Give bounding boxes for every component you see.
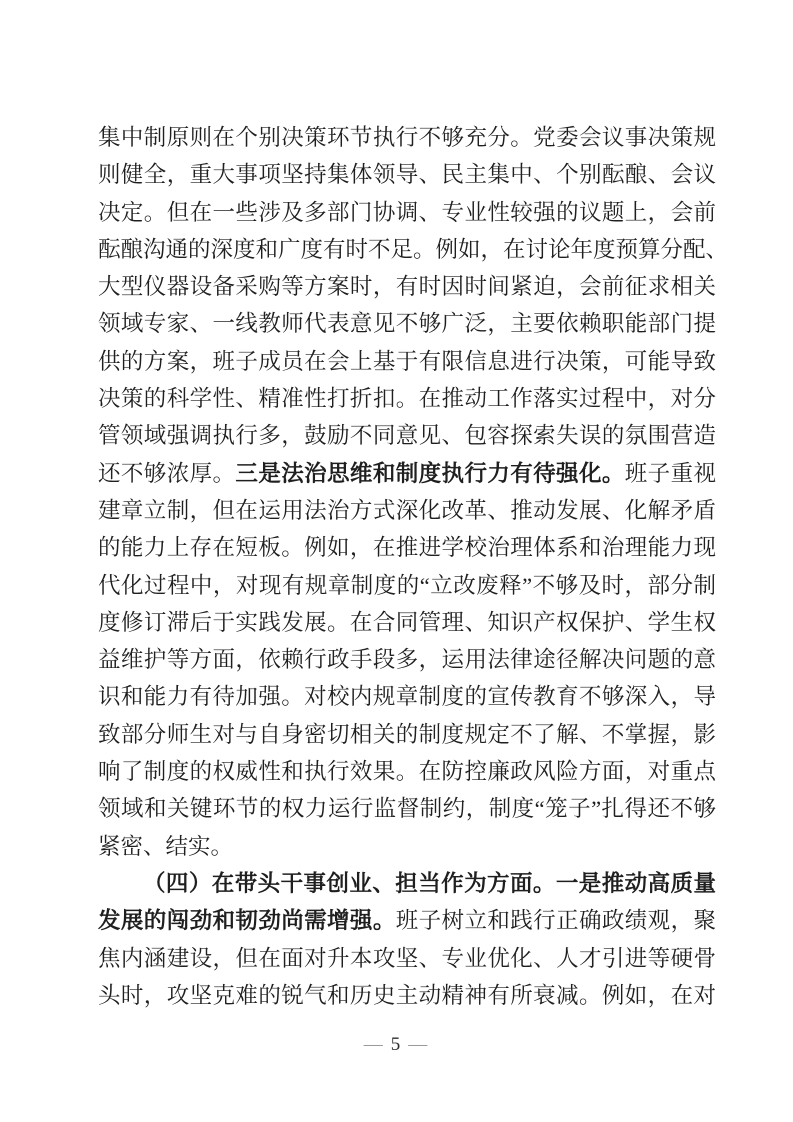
text-segment: 的能力上存在短板。例如，在推进学校治理体系和治理能力现 — [98, 535, 716, 560]
text-line: 度修订滞后于实践发展。在合同管理、知识产权保护、学生权 — [98, 604, 716, 641]
text-line: 的能力上存在短板。例如，在推进学校治理体系和治理能力现 — [98, 529, 716, 566]
bold-text-segment: （四）在带头干事创业、担当作为方面。一是推动高质量 — [143, 871, 716, 896]
text-segment: 供的方案，班子成员在会上基于有限信息进行决策，可能导致 — [98, 349, 716, 374]
page-number-left-dash: — — [364, 1034, 385, 1055]
text-segment: 识和能力有待加强。对校内规章制度的宣传教育不够深入，导 — [98, 684, 716, 709]
text-line: 焦内涵建设，但在面对升本攻坚、专业优化、人才引进等硬骨 — [98, 940, 716, 977]
text-line: 识和能力有待加强。对校内规章制度的宣传教育不够深入，导 — [98, 678, 716, 715]
text-segment: 领域和关键环节的权力运行监督制约，制度“笼子”扎得还不够 — [98, 796, 716, 821]
text-block: 集中制原则在个别决策环节执行不够充分。党委会议事决策规则健全，重大事项坚持集体领… — [98, 119, 716, 1014]
text-line: 酝酿沟通的深度和广度有时不足。例如，在讨论年度预算分配、 — [98, 231, 716, 268]
text-segment: 决定。但在一些涉及多部门协调、专业性较强的议题上，会前 — [98, 200, 716, 225]
text-line: 决策的科学性、精准性打折扣。在推动工作落实过程中，对分 — [98, 380, 716, 417]
text-segment: 度修订滞后于实践发展。在合同管理、知识产权保护、学生权 — [98, 610, 716, 635]
text-line: 头时，攻坚克难的锐气和历史主动精神有所衰减。例如，在对 — [98, 977, 716, 1014]
text-segment: 响了制度的权威性和执行效果。在防控廉政风险方面，对重点 — [98, 759, 716, 784]
text-line: 领域专家、一线教师代表意见不够广泛，主要依赖职能部门提 — [98, 305, 716, 342]
text-line: 紧密、结实。 — [98, 828, 716, 865]
text-line: 集中制原则在个别决策环节执行不够充分。党委会议事决策规 — [98, 119, 716, 156]
bold-text-segment: 三是法治思维和制度执行力有待强化。 — [235, 461, 624, 486]
text-segment: 紧密、结实。 — [98, 834, 233, 859]
text-line: 代化过程中，对现有规章制度的“立改废释”不够及时，部分制 — [98, 567, 716, 604]
text-segment: 益维护等方面，依赖行政手段多，运用法律途径解决问题的意 — [98, 647, 716, 672]
text-line: 还不够浓厚。三是法治思维和制度执行力有待强化。班子重视 — [98, 455, 716, 492]
text-segment: 头时，攻坚克难的锐气和历史主动精神有所衰减。例如，在对 — [98, 983, 716, 1008]
text-line: 发展的闯劲和韧劲尚需增强。班子树立和践行正确政绩观，聚 — [98, 902, 716, 939]
text-segment: 致部分师生对与自身密切相关的制度规定不了解、不掌握，影 — [98, 722, 716, 747]
text-line: （四）在带头干事创业、担当作为方面。一是推动高质量 — [98, 865, 716, 902]
text-line: 致部分师生对与自身密切相关的制度规定不了解、不掌握，影 — [98, 716, 716, 753]
text-line: 供的方案，班子成员在会上基于有限信息进行决策，可能导致 — [98, 343, 716, 380]
text-segment: 焦内涵建设，但在面对升本攻坚、专业优化、人才引进等硬骨 — [98, 946, 716, 971]
text-segment: 则健全，重大事项坚持集体领导、民主集中、个别酝酿、会议 — [98, 162, 716, 187]
text-segment: 领域专家、一线教师代表意见不够广泛，主要依赖职能部门提 — [98, 311, 716, 336]
text-line: 大型仪器设备采购等方案时，有时因时间紧迫，会前征求相关 — [98, 268, 716, 305]
page-number-value: 5 — [385, 1034, 409, 1055]
text-segment: 班子重视 — [625, 461, 716, 486]
text-segment: 代化过程中，对现有规章制度的“立改废释”不够及时，部分制 — [98, 573, 716, 598]
text-line: 益维护等方面，依赖行政手段多，运用法律途径解决问题的意 — [98, 641, 716, 678]
document-page: 集中制原则在个别决策环节执行不够充分。党委会议事决策规则健全，重大事项坚持集体领… — [0, 0, 793, 1122]
text-segment: 建章立制，但在运用法治方式深化改革、推动发展、化解矛盾 — [98, 498, 716, 523]
text-line: 领域和关键环节的权力运行监督制约，制度“笼子”扎得还不够 — [98, 790, 716, 827]
page-number: —5— — [0, 1032, 793, 1058]
text-segment: 管领域强调执行多，鼓励不同意见、包容探索失误的氛围营造 — [98, 423, 716, 448]
text-segment: 集中制原则在个别决策环节执行不够充分。党委会议事决策规 — [98, 125, 716, 150]
text-line: 建章立制，但在运用法治方式深化改革、推动发展、化解矛盾 — [98, 492, 716, 529]
text-segment: 班子树立和践行正确政绩观，聚 — [396, 908, 716, 933]
page-number-right-dash: — — [408, 1034, 429, 1055]
text-segment: 决策的科学性、精准性打折扣。在推动工作落实过程中，对分 — [98, 386, 716, 411]
text-segment: 大型仪器设备采购等方案时，有时因时间紧迫，会前征求相关 — [98, 274, 716, 299]
text-line: 则健全，重大事项坚持集体领导、民主集中、个别酝酿、会议 — [98, 156, 716, 193]
text-segment: 还不够浓厚。 — [98, 461, 235, 486]
bold-text-segment: 发展的闯劲和韧劲尚需增强。 — [98, 908, 396, 933]
text-segment: 酝酿沟通的深度和广度有时不足。例如，在讨论年度预算分配、 — [98, 237, 716, 262]
text-line: 决定。但在一些涉及多部门协调、专业性较强的议题上，会前 — [98, 194, 716, 231]
text-line: 管领域强调执行多，鼓励不同意见、包容探索失误的氛围营造 — [98, 417, 716, 454]
text-line: 响了制度的权威性和执行效果。在防控廉政风险方面，对重点 — [98, 753, 716, 790]
